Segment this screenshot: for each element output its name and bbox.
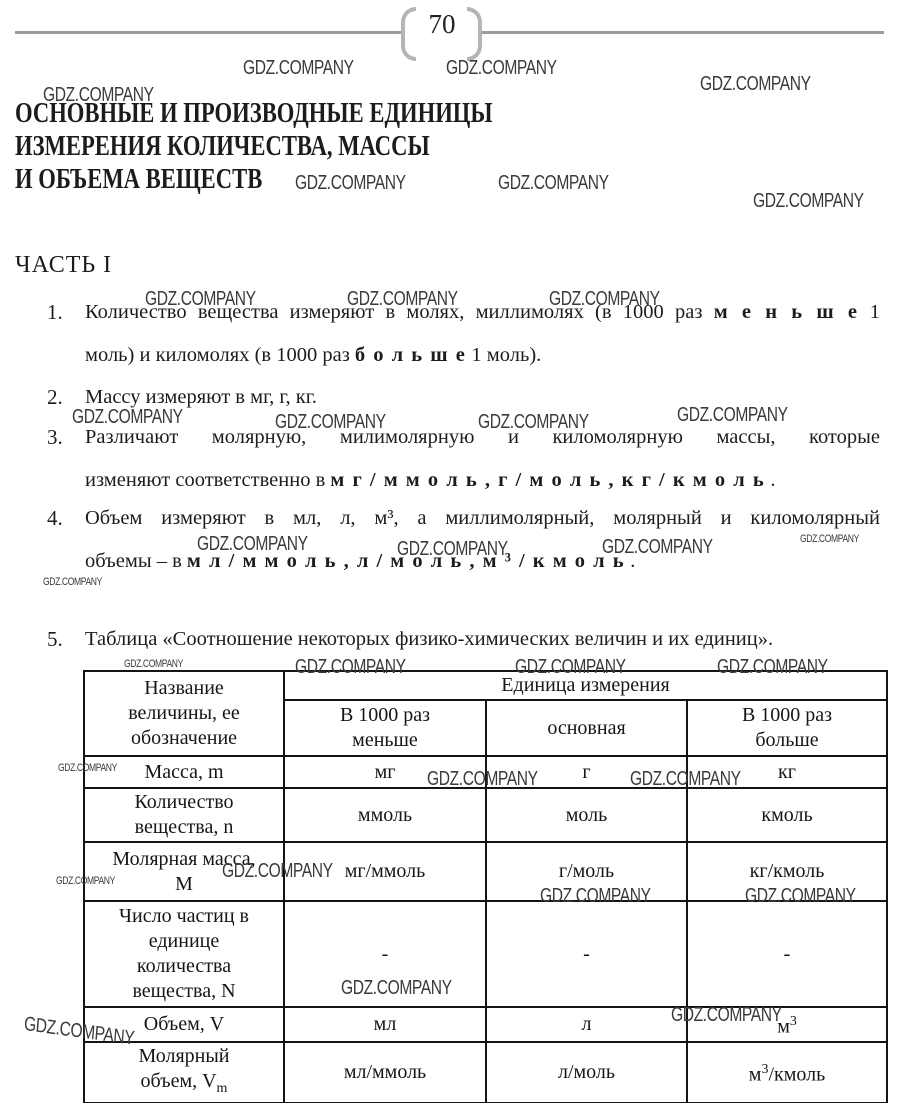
cell-name: Масса, m <box>84 756 284 788</box>
cell-less: мл/ммоль <box>284 1042 486 1103</box>
item-line: изменяют соответственно в м г / м м о л … <box>85 459 880 502</box>
table-row-volume: Объем, V мл л м3 <box>84 1007 887 1042</box>
item-number: 2. <box>47 376 63 419</box>
cell-less: мг <box>284 756 486 788</box>
header-less: В 1000 разменьше <box>284 700 486 756</box>
item-text-bold: м л / м м о л ь , л / м о л ь , м ³ / к … <box>187 550 625 572</box>
table-row-molar-mass: Молярная масса,М мг/ммоль г/моль кг/кмол… <box>84 842 887 901</box>
item-number: 3. <box>47 416 63 459</box>
header-more: В 1000 разбольше <box>687 700 887 756</box>
header-rule-left <box>15 31 402 34</box>
item-line: Массу измеряют в мг, г, кг. <box>85 376 880 419</box>
item-text-bold: м е н ь ш е <box>714 301 859 323</box>
list-item-1: 1. Количество вещества измеряют в молях,… <box>0 291 899 377</box>
cell-less: мг/ммоль <box>284 842 486 901</box>
cell-name: Объем, V <box>84 1007 284 1042</box>
item-line: моль) и киломолях (в 1000 раз б о л ь ш … <box>85 334 880 377</box>
item-text: Объем измеряют в мл, л, м³, а миллимоляр… <box>85 507 880 529</box>
item-number: 1. <box>47 291 63 334</box>
table-header-row: Названиевеличины, ееобозначение Единица … <box>84 671 887 700</box>
header-name-col: Названиевеличины, ееобозначение <box>84 671 284 756</box>
item-text: 1 моль). <box>466 344 541 366</box>
item-line: Различают молярную, милимолярную и килом… <box>85 416 880 459</box>
table-row-molar-volume: Молярныйобъем, Vm мл/ммоль л/моль м3/кмо… <box>84 1042 887 1103</box>
cell-more: кг <box>687 756 887 788</box>
cell-name: Молярныйобъем, Vm <box>84 1042 284 1103</box>
watermark-text: GDZ.COMPANY <box>446 57 557 80</box>
watermark-text: GDZ.COMPANY <box>753 190 864 213</box>
cell-base: - <box>486 901 687 1007</box>
section-heading: ЧАСТЬ I <box>15 252 112 279</box>
cell-less: - <box>284 901 486 1007</box>
cell-less: ммоль <box>284 788 486 842</box>
title-line-1: ОСНОВНЫЕ И ПРОИЗВОДНЫЕ ЕДИНИЦЫ <box>15 97 493 129</box>
watermark-text: GDZ.COMPANY <box>498 172 609 195</box>
item-text: 1 <box>859 301 880 323</box>
cell-more: - <box>687 901 887 1007</box>
list-item-4: 4. Объем измеряют в мл, л, м³, а миллимо… <box>0 497 899 583</box>
list-item-5: 5. Таблица «Соотношение некоторых физико… <box>0 618 899 661</box>
page-number: 70 <box>402 9 482 40</box>
item-number: 4. <box>47 497 63 540</box>
header-base: основная <box>486 700 687 756</box>
title-line-2: ИЗМЕРЕНИЯ КОЛИЧЕСТВА, МАССЫ <box>15 130 430 162</box>
item-line: Таблица «Соотношение некоторых физико-хи… <box>85 618 880 661</box>
cell-name: Количествовещества, n <box>84 788 284 842</box>
item-text: Таблица «Соотношение некоторых физико-хи… <box>85 628 773 650</box>
item-line: Объем измеряют в мл, л, м³, а миллимоляр… <box>85 497 880 540</box>
item-text: Различают молярную, милимолярную и килом… <box>85 426 880 448</box>
item-text: моль) и киломолях (в 1000 раз <box>85 344 355 366</box>
cell-base: г/моль <box>486 842 687 901</box>
table-row-mass: Масса, m мг г кг <box>84 756 887 788</box>
item-text: Количество вещества измеряют в молях, ми… <box>85 301 714 323</box>
item-line: объемы – в м л / м м о л ь , л / м о л ь… <box>85 540 880 583</box>
cell-more: кг/кмоль <box>687 842 887 901</box>
item-text-bold: б о л ь ш е <box>355 344 466 366</box>
item-text: изменяют соответственно в <box>85 469 330 491</box>
table-row-particles: Число частиц вединицеколичествавещества,… <box>84 901 887 1007</box>
title-line-3: И ОБЪЕМА ВЕЩЕСТВ <box>15 163 262 195</box>
list-item-3: 3. Различают молярную, милимолярную и ки… <box>0 416 899 502</box>
document-page: 70 GDZ.COMPANYGDZ.COMPANYGDZ.COMPANYGDZ.… <box>0 0 899 1103</box>
item-text: Массу измеряют в мг, г, кг. <box>85 386 317 408</box>
cell-name: Число частиц вединицеколичествавещества,… <box>84 901 284 1007</box>
cell-base: г <box>486 756 687 788</box>
list-item-2: 2. Массу измеряют в мг, г, кг. <box>0 376 899 419</box>
item-number: 5. <box>47 618 63 661</box>
header-rule-right <box>481 31 884 34</box>
item-text: . <box>765 469 775 491</box>
cell-base: моль <box>486 788 687 842</box>
page-title: ОСНОВНЫЕ И ПРОИЗВОДНЫЕ ЕДИНИЦЫИЗМЕРЕНИЯ … <box>15 97 493 196</box>
watermark-text: GDZ.COMPANY <box>700 73 811 96</box>
cell-more: м3/кмоль <box>687 1042 887 1103</box>
cell-more: кмоль <box>687 788 887 842</box>
item-text: . <box>625 550 635 572</box>
cell-more: м3 <box>687 1007 887 1042</box>
header-unit-group: Единица измерения <box>284 671 887 700</box>
cell-base: л <box>486 1007 687 1042</box>
units-table: Названиевеличины, ееобозначение Единица … <box>83 670 888 1103</box>
cell-less: мл <box>284 1007 486 1042</box>
item-line: Количество вещества измеряют в молях, ми… <box>85 291 880 334</box>
item-text: объемы – в <box>85 550 187 572</box>
table-row-amount: Количествовещества, n ммоль моль кмоль <box>84 788 887 842</box>
watermark-text: GDZ.COMPANY <box>243 57 354 80</box>
item-text-bold: м г / м м о л ь , г / м о л ь , к г / к … <box>330 469 765 491</box>
cell-base: л/моль <box>486 1042 687 1103</box>
cell-name: Молярная масса,М <box>84 842 284 901</box>
